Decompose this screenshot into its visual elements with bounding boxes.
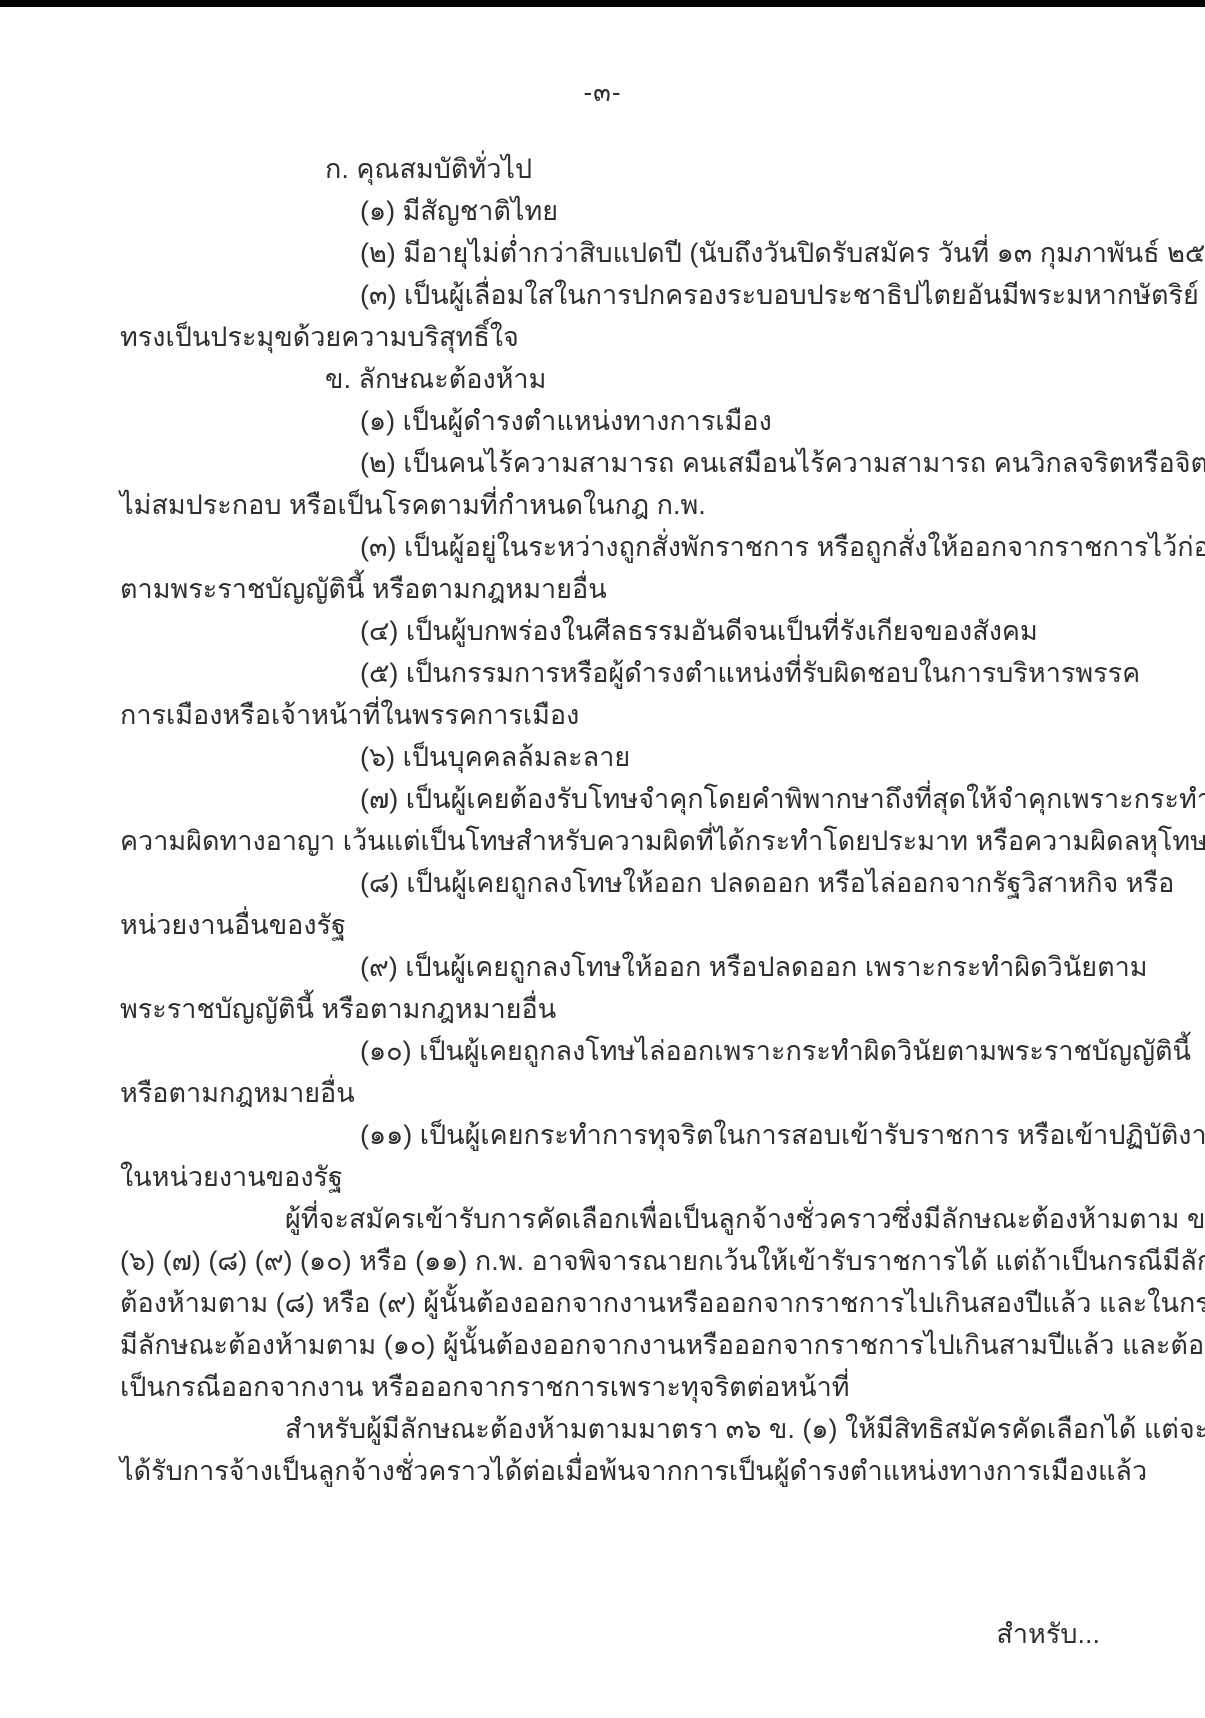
text-line: ก. คุณสมบัติทั่วไป [120, 148, 1105, 190]
page-number: -๓- [0, 72, 1205, 113]
text-line: (๒) มีอายุไม่ต่ำกว่าสิบแปดปี (นับถึงวันป… [120, 232, 1105, 274]
text-line: มีลักษณะต้องห้ามตาม (๑๐) ผู้นั้นต้องออกจ… [120, 1324, 1105, 1366]
text-line: การเมืองหรือเจ้าหน้าที่ในพรรคการเมือง [120, 694, 1105, 736]
continuation-footer: สำหรับ... [996, 1612, 1100, 1655]
text-line: ไม่สมประกอบ หรือเป็นโรคตามที่กำหนดในกฎ ก… [120, 484, 1105, 526]
text-line: (๙) เป็นผู้เคยถูกลงโทษให้ออก หรือปลดออก … [120, 946, 1105, 988]
text-line: พระราชบัญญัตินี้ หรือตามกฎหมายอื่น [120, 988, 1105, 1030]
document-lines: ก. คุณสมบัติทั่วไป(๑) มีสัญชาติไทย(๒) มี… [120, 148, 1105, 1492]
text-line: ผู้ที่จะสมัครเข้ารับการคัดเลือกเพื่อเป็น… [120, 1198, 1105, 1240]
text-line: ข. ลักษณะต้องห้าม [120, 358, 1105, 400]
text-line: (๑) มีสัญชาติไทย [120, 190, 1105, 232]
text-line: เป็นกรณีออกจากงาน หรือออกจากราชการเพราะท… [120, 1366, 1105, 1408]
text-line: (๓) เป็นผู้อยู่ในระหว่างถูกสั่งพักราชการ… [120, 526, 1105, 568]
text-line: ตามพระราชบัญญัตินี้ หรือตามกฎหมายอื่น [120, 568, 1105, 610]
text-line: (๒) เป็นคนไร้ความสามารถ คนเสมือนไร้ความส… [120, 442, 1105, 484]
text-line: (๗) เป็นผู้เคยต้องรับโทษจำคุกโดยคำพิพากษ… [120, 778, 1105, 820]
scan-edge-artifact [0, 0, 1205, 7]
text-line: ความผิดทางอาญา เว้นแต่เป็นโทษสำหรับความผ… [120, 820, 1105, 862]
text-line: ทรงเป็นประมุขด้วยความบริสุทธิ์ใจ [120, 316, 1105, 358]
text-line: ต้องห้ามตาม (๘) หรือ (๙) ผู้นั้นต้องออกจ… [120, 1282, 1105, 1324]
text-line: (๖) เป็นบุคคลล้มละลาย [120, 736, 1105, 778]
text-line: สำหรับผู้มีลักษณะต้องห้ามตามมาตรา ๓๖ ข. … [120, 1408, 1105, 1450]
text-line: (๓) เป็นผู้เลื่อมใสในการปกครองระบอบประชา… [120, 274, 1105, 316]
text-line: (๖) (๗) (๘) (๙) (๑๐) หรือ (๑๑) ก.พ. อาจพ… [120, 1240, 1105, 1282]
text-line: (๑) เป็นผู้ดำรงตำแหน่งทางการเมือง [120, 400, 1105, 442]
text-line: ในหน่วยงานของรัฐ [120, 1156, 1105, 1198]
text-line: ได้รับการจ้างเป็นลูกจ้างชั่วคราวได้ต่อเม… [120, 1450, 1105, 1492]
scanned-document-page: -๓- ก. คุณสมบัติทั่วไป(๑) มีสัญชาติไทย(๒… [0, 0, 1205, 1718]
text-line: (๑๑) เป็นผู้เคยกระทำการทุจริตในการสอบเข้… [120, 1114, 1105, 1156]
text-line: (๑๐) เป็นผู้เคยถูกลงโทษไล่ออกเพราะกระทำผ… [120, 1030, 1105, 1072]
text-line: หน่วยงานอื่นของรัฐ [120, 904, 1105, 946]
text-line: หรือตามกฎหมายอื่น [120, 1072, 1105, 1114]
text-line: (๘) เป็นผู้เคยถูกลงโทษให้ออก ปลดออก หรือ… [120, 862, 1105, 904]
text-line: (๕) เป็นกรรมการหรือผู้ดำรงตำแหน่งที่รับผ… [120, 652, 1105, 694]
text-line: (๔) เป็นผู้บกพร่องในศีลธรรมอันดีจนเป็นที… [120, 610, 1105, 652]
